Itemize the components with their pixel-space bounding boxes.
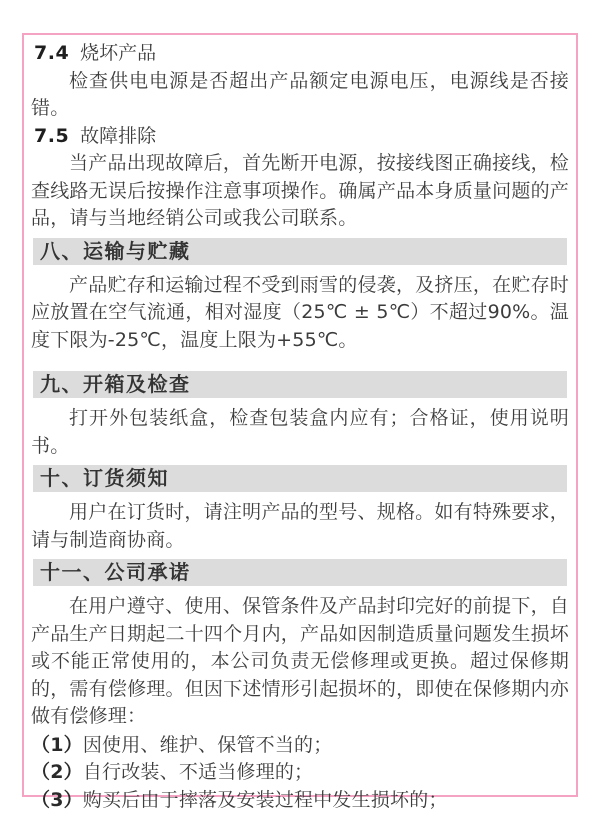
section-10-paragraph: 用户在订货时，请注明产品的型号、规格。如有特殊要求，请与制造商协商。 <box>31 499 569 554</box>
section-10-header: 十、订货须知 <box>33 465 567 492</box>
list-item-3-text: 购买后由于摔落及安装过程中发生损坏的； <box>83 789 448 811</box>
section-7-5-paragraph: 当产品出现故障后，首先断开电源，按接线图正确接线，检查线路无误后按操作注意事项操… <box>31 150 569 233</box>
section-8-header: 八、运输与贮藏 <box>33 238 567 265</box>
section-7-4-heading: 7.4烧坏产品 <box>31 40 569 68</box>
list-item-1-text: 因使用、维护、保管不当的； <box>83 734 333 756</box>
list-item-2: （2）自行改装、不适当修理的； <box>31 759 569 787</box>
section-7-4-paragraph: 检查供电电源是否超出产品额定电源电压，电源线是否接错。 <box>31 68 569 123</box>
warranty-exclusions-list: （1）因使用、维护、保管不当的； （2）自行改装、不适当修理的； （3）购买后由… <box>31 732 569 815</box>
list-item-3: （3）购买后由于摔落及安装过程中发生损坏的； <box>31 787 569 815</box>
manual-page: 7.4烧坏产品 检查供电电源是否超出产品额定电源电压，电源线是否接错。 7.5故… <box>0 0 600 832</box>
section-11-paragraph: 在用户遵守、使用、保管条件及产品封印完好的前提下，自产品生产日期起二十四个月内，… <box>31 593 569 731</box>
section-7-4-title: 烧坏产品 <box>80 42 156 64</box>
list-item-1-number: （1） <box>31 734 83 756</box>
section-9-header: 九、开箱及检查 <box>33 371 567 398</box>
section-7-5-heading: 7.5故障排除 <box>31 123 569 151</box>
section-8-paragraph: 产品贮存和运输过程不受到雨雪的侵袭，及挤压，在贮存时应放置在空气流通，相对湿度（… <box>31 272 569 355</box>
list-item-3-number: （3） <box>31 789 83 811</box>
section-11-header: 十一、公司承诺 <box>33 559 567 586</box>
section-7-5-number: 7.5 <box>34 125 69 147</box>
list-item-2-text: 自行改装、不适当修理的； <box>83 761 313 783</box>
content-frame: 7.4烧坏产品 检查供电电源是否超出产品额定电源电压，电源线是否接错。 7.5故… <box>22 33 578 797</box>
list-item-2-number: （2） <box>31 761 83 783</box>
section-7-5-title: 故障排除 <box>80 125 156 147</box>
list-item-1: （1）因使用、维护、保管不当的； <box>31 732 569 760</box>
section-9-paragraph: 打开外包装纸盒，检查包装盒内应有；合格证，使用说明书。 <box>31 405 569 460</box>
section-7-4-number: 7.4 <box>34 42 69 64</box>
